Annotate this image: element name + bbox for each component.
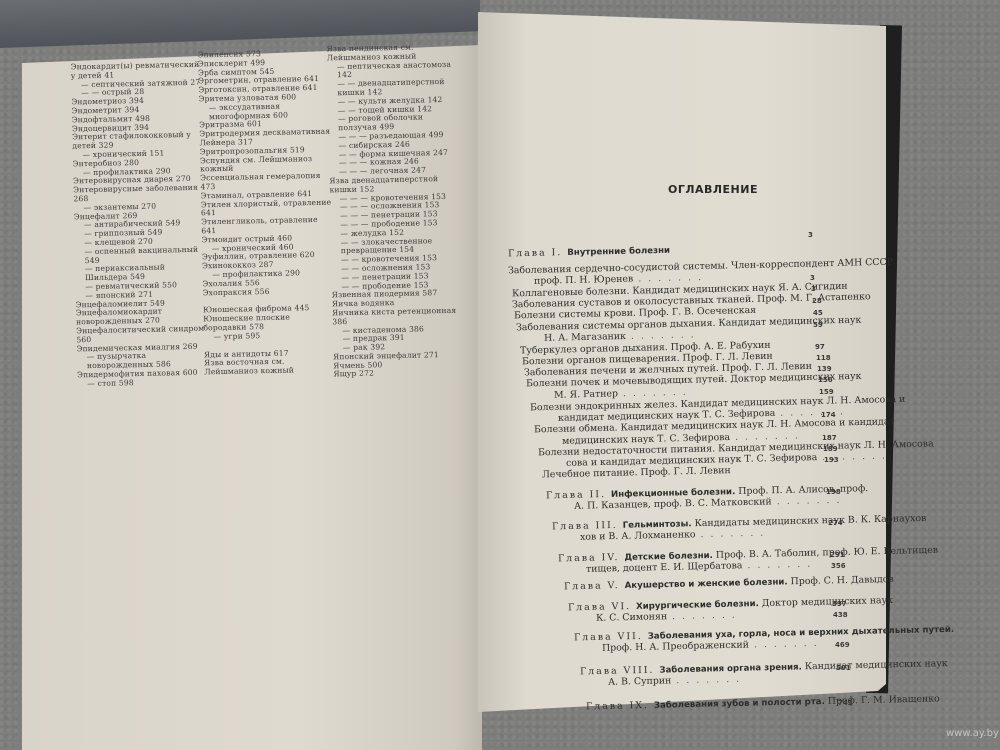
leader-dots: . . . . . . . xyxy=(671,674,741,687)
leader-dots: . . . . . . . xyxy=(667,610,737,623)
toc-page-number: 469 xyxy=(835,641,850,649)
leader-dots: . . . . . . . xyxy=(742,559,812,572)
toc-page-number: 438 xyxy=(833,611,848,619)
index-column-2: Эпилепсия 573Эписклерит 499Эрба симптом … xyxy=(198,49,337,378)
toc-page-number: 743 xyxy=(838,699,853,707)
leader-dots: . . . . . . . xyxy=(749,638,819,651)
leader-dots: . . . . . . . xyxy=(695,528,765,541)
book-cover-top xyxy=(0,0,480,48)
toc-entry-text: А. В. Суприн xyxy=(582,675,672,688)
chapter-label: Глава IX. xyxy=(586,700,654,713)
leader-dots: . . . . . . . xyxy=(633,272,703,285)
watermark: www.ay.by xyxy=(946,728,999,739)
chapter-label: Глава V. xyxy=(564,580,625,592)
toc-page-number: 3 xyxy=(808,231,813,239)
chapter-title: Заболевания зубов и полости рта. xyxy=(654,697,828,711)
index-column-3: Язва пендинская см. Лейшманиоз кожный— п… xyxy=(327,43,466,380)
leader-dots: . . . . . . . xyxy=(772,495,842,508)
index-entry: Язва восточная см. Лейшманиоз кожный xyxy=(204,357,336,377)
leader-dots: . . . . . . . xyxy=(618,387,688,400)
toc-entry-text: М. Я. Ратнер xyxy=(528,388,618,401)
index-column-1: Эндокардит(ы) ревматический у детей 41— … xyxy=(71,61,210,389)
toc-title: ОГЛАВЛЕНИЕ xyxy=(668,183,758,196)
toc-page-number: 356 xyxy=(831,562,846,570)
chapter-title: Внутренние болезни xyxy=(567,246,670,258)
chapter-label: Глава I. xyxy=(508,247,567,259)
chapter-authors: Проф. С. Н. Давыдов xyxy=(790,574,893,587)
toc-entry-text: К. С. Симонян xyxy=(570,611,667,624)
leader-dots: . . . . . . . xyxy=(626,329,696,342)
